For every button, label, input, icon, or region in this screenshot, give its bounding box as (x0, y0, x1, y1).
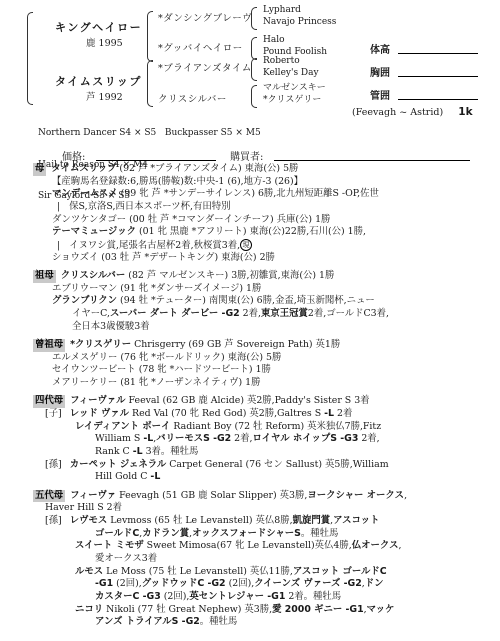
text-segment: (99 牝 芦 *サンデーサイレンス) 6勝,北九州短距離S -OP,佐世 (118, 188, 379, 199)
gg-name: Kelley's Day (263, 67, 319, 79)
text-line: メアリーケリー (81 牝 *ノーザンネイティヴ) 1勝 (52, 377, 500, 390)
relation-tag: [孫] (45, 459, 62, 472)
text-segment: フィーヴァル (70, 395, 125, 406)
text-line: レイディアント ボーイ Radiant Boy (72 牡 Reform) 英米… (75, 421, 500, 434)
text-segment: , (399, 540, 402, 551)
text-segment: 愛オークス3着 (95, 553, 157, 564)
text-segment: Le Moss (75 牡 Le Levanstell) 英仏11勝, (103, 566, 293, 577)
text-segment: 2着。種牡馬 (285, 591, 341, 602)
text-segment: マッケ (367, 604, 395, 615)
text-segment: テーマミュージック (52, 226, 136, 237)
text-segment: アスコット (333, 515, 379, 526)
text-line: アンズ トライアルS -G2。種牡馬 (95, 616, 500, 629)
text-line: Rank C -L 3着。種牡馬 (95, 446, 500, 459)
text-line: [子]レッド ヴァル Red Val (70 牝 Red God) 英2勝,Ga… (45, 408, 500, 421)
text-segment: Rank C (95, 446, 133, 457)
body-sections: 母タイムスリップ (92 芦 *ブライアンズタイム) 東海(公) 5勝【産駒馬名… (0, 163, 500, 629)
text-line: 母タイムスリップ (92 芦 *ブライアンズタイム) 東海(公) 5勝 (33, 163, 500, 176)
text-segment: -L (150, 471, 160, 482)
text-segment: ダンツケンタゴー (00 牡 芦 *コマンダーインチーフ) 兵庫(公) 1勝 (52, 214, 330, 225)
text-segment: (2回), (161, 591, 190, 602)
text-segment: 仏オークス (352, 540, 399, 551)
generation-label: 五代母 (33, 490, 65, 503)
text-line: ルモス Le Moss (75 牡 Le Levanstell) 英仏11勝,ア… (75, 566, 500, 579)
text-segment: Red Val (70 牝 Red God) 英2勝,Galtres S (129, 408, 324, 419)
text-segment: 2着, (358, 433, 379, 444)
height-label: 体高 (370, 41, 390, 56)
text-segment: タイムスリップ (51, 163, 116, 174)
price-field (96, 148, 216, 161)
text-segment: (2回), (226, 578, 255, 589)
text-segment: Feeval (62 GB 鹿 Alcide) 英2勝,Paddy's Sist… (126, 395, 370, 406)
text-line: スイート ミモザ Sweet Mimosa(67 牝 Le Levanstell… (75, 540, 500, 553)
text-line: セイウンツービート (78 牝 *ハードツービート) 1勝 (52, 364, 500, 377)
pedigree-section: 曾祖母*クリスゲリー Chrisgerry (69 GB 芦 Sovereign… (0, 339, 500, 390)
text-segment: 3着。種牡馬 (143, 446, 199, 457)
sire-name: キングヘイロー (55, 19, 142, 35)
continuation-bar: | (57, 201, 60, 214)
text-segment: 【産駒馬名登録数:6,勝馬(勝鞍)数:中央-1 (6),地方-3 (26)】 (52, 176, 303, 187)
text-segment: Feevagh (51 GB 鹿 Solar Slipper) 英3勝, (116, 490, 307, 501)
pedigree-section: 五代母フィーヴァ Feevagh (51 GB 鹿 Solar Slipper)… (0, 490, 500, 630)
text-segment: Chrisgerry (69 GB 芦 Sovereign Path) 英1勝 (131, 339, 340, 350)
text-segment: 2着, (240, 308, 261, 319)
gg-name: Navajo Princess (263, 16, 336, 28)
text-segment: (01 牝 黒鹿 *アフリート) 東海(公)22勝,石川(公) 1勝, (136, 226, 366, 237)
dam-name: タイムスリップ (55, 73, 142, 89)
text-segment: William S (95, 433, 143, 444)
text-line: 【産駒馬名登録数:6,勝馬(勝鞍)数:中央-1 (6),地方-3 (26)】 (52, 176, 500, 189)
text-segment: 2着,ゴールドC3着, (308, 308, 389, 319)
text-line: 五代母フィーヴァ Feevagh (51 GB 鹿 Solar Slipper)… (33, 490, 500, 503)
text-segment: グッドウッドC -G2 (142, 578, 226, 589)
text-segment: クイーンズ ヴァーズ -G2 (254, 578, 362, 589)
text-segment: ニコリ (75, 604, 103, 615)
text-segment: 保S,京洛S,西日本スポーツ杯,有田特別 (69, 201, 230, 212)
text-segment: ルモス (75, 566, 103, 577)
height-field (398, 41, 478, 54)
text-segment: 。種牡馬 (301, 528, 339, 539)
pedigree-section: 四代母フィーヴァル Feeval (62 GB 鹿 Alcide) 英2勝,Pa… (0, 395, 500, 484)
text-line: ニコリ Nikoli (77 牡 Great Nephew) 英3勝,愛 200… (75, 604, 500, 617)
text-segment: マンデームスメ (52, 188, 118, 199)
text-segment: イヌワシ賞,尾張名古屋杯2着,秋桜賞3着, (69, 240, 240, 251)
text-segment: バリーモスS -G2 (156, 433, 231, 444)
text-segment: レヴモス (70, 515, 108, 526)
generation-label: 母 (33, 163, 46, 176)
text-segment: ドン (365, 578, 384, 589)
inbreeding-line: Northern Dancer S4 × S5 Buckpasser S5 × … (38, 128, 261, 139)
text-segment: 全日本3歳優駿3着 (72, 321, 150, 332)
active-mark: 現 (240, 239, 252, 251)
text-line: Haver Hill S 2着 (45, 502, 500, 515)
generation-label: 曾祖母 (33, 339, 65, 352)
gg-brace-2 (251, 37, 257, 60)
text-line: -G1 (2回),グッドウッドC -G2 (2回),クイーンズ ヴァーズ -G2… (95, 578, 500, 591)
text-segment: 2着 (334, 408, 352, 419)
text-line: ダンツケンタゴー (00 牡 芦 *コマンダーインチーフ) 兵庫(公) 1勝 (52, 214, 500, 227)
text-line: 四代母フィーヴァル Feeval (62 GB 鹿 Alcide) 英2勝,Pa… (33, 395, 500, 408)
gg-name: Halo (263, 34, 327, 46)
text-line: イヤーC,スーパー ダート ダービー -G2 2着,東京王冠賞2着,ゴールドC3… (72, 308, 500, 321)
cannon-field (398, 87, 478, 100)
sire-dam: *グッバイヘイロー (158, 40, 243, 54)
text-segment: ショウズイ (03 牡 芦 *デザートキング) 東海(公) 2勝 (52, 252, 275, 263)
text-line: エルメスゲリー (76 牝 *ボールドリック) 東海(公) 5勝 (52, 352, 500, 365)
text-segment: クリスシルバー (61, 270, 126, 281)
buyer-label: 購買者: (230, 148, 263, 163)
text-line: 愛オークス3着 (95, 553, 500, 566)
text-segment: グランブリクン (52, 295, 117, 306)
text-line: テーマミュージック (01 牝 黒鹿 *アフリート) 東海(公)22勝,石川(公… (52, 226, 500, 239)
text-segment: ロイヤル ホイップS -G3 (253, 433, 359, 444)
text-segment: イヤーC, (72, 308, 110, 319)
text-segment: , (404, 490, 407, 501)
text-line: [孫]レヴモス Levmoss (65 牡 Le Levanstell) 英仏8… (45, 515, 500, 528)
text-segment: エルメスゲリー (76 牝 *ボールドリック) 東海(公) 5勝 (52, 352, 281, 363)
text-segment: オックスフォードシャーS (192, 528, 301, 539)
text-segment: Nikoli (77 牡 Great Nephew) 英3勝, (103, 604, 272, 615)
text-segment: Carpet General (76 セン Sallust) 英5勝,Willi… (166, 459, 388, 470)
family-range: (Feevagh ~ Astrid) (352, 107, 443, 118)
text-segment: 英セントレジャー -G1 (189, 591, 285, 602)
text-segment: 東京王冠賞 (261, 308, 308, 319)
text-segment: (94 牡 *テューター) 南関東(公) 6勝,金盃,埼玉新聞杯,ニュー (117, 295, 375, 306)
dam-brace (147, 60, 153, 107)
catalog-page: キングヘイロー 鹿 1995 タイムスリップ 芦 1992 *ダンシングブレーヴ… (0, 0, 500, 641)
text-segment: Levmoss (65 牡 Le Levanstell) 英仏8勝, (107, 515, 292, 526)
buyer-field (274, 148, 470, 161)
gg-name: *クリスゲリー (263, 94, 326, 106)
text-line: 曾祖母*クリスゲリー Chrisgerry (69 GB 芦 Sovereign… (33, 339, 500, 352)
text-segment: -L (143, 433, 153, 444)
text-segment: Sweet Mimosa(67 牝 Le Levanstell)英仏4勝, (144, 540, 352, 551)
text-segment: アンズ トライアルS -G2 (95, 616, 200, 627)
gg-dam-sire-pair: Roberto Kelley's Day (263, 55, 319, 79)
text-segment: Radiant Boy (72 牡 Reform) 英米独仏7勝,Fitz (170, 421, 381, 432)
text-segment: 凱旋門賞 (293, 515, 331, 526)
text-segment: 2着, (231, 433, 252, 444)
text-segment: ヨークシャー オークス (307, 490, 404, 501)
text-line: 祖母クリスシルバー (82 芦 マルゼンスキー) 3勝,初雛賞,東海(公) 1勝 (33, 270, 500, 283)
text-line: William S -L,バリーモスS -G2 2着,ロイヤル ホイップS -G… (95, 433, 500, 446)
text-line: ショウズイ (03 牡 芦 *デザートキング) 東海(公) 2勝 (52, 252, 500, 265)
dam-detail: 芦 1992 (86, 89, 123, 103)
text-segment: スーパー ダート ダービー -G2 (110, 308, 240, 319)
text-segment: エブリウーマン (91 牝 *ダンサーズイメージ) 1勝 (52, 283, 261, 294)
text-segment: カドラン賞 (142, 528, 189, 539)
generation-label: 四代母 (33, 395, 65, 408)
text-segment: カーペット ジェネラル (70, 459, 167, 470)
family-reference: (Feevagh ~ Astrid) 1k (352, 100, 473, 119)
text-line: [孫]カーペット ジェネラル Carpet General (76 セン Sal… (45, 459, 500, 472)
text-segment: カスターC -G3 (95, 591, 161, 602)
text-segment: 。種牡馬 (200, 616, 238, 627)
text-segment: ゴールドC (95, 528, 139, 539)
text-segment: (92 芦 *ブライアンズタイム) 東海(公) 5勝 (116, 163, 298, 174)
text-segment: メアリーケリー (81 牝 *ノーザンネイティヴ) 1勝 (52, 377, 261, 388)
text-segment: フィーヴァ (70, 490, 116, 501)
text-line: カスターC -G3 (2回),英セントレジャー -G1 2着。種牡馬 (95, 591, 500, 604)
text-segment: (82 芦 マルゼンスキー) 3勝,初雛賞,東海(公) 1勝 (125, 270, 334, 281)
text-line: Hill Gold C -L (95, 471, 500, 484)
text-segment: -L (324, 408, 334, 419)
text-segment: スイート ミモザ (75, 540, 144, 551)
gg-brace-4 (251, 85, 257, 108)
generation-label: 祖母 (33, 270, 56, 283)
family-number: 1k (458, 106, 472, 118)
text-segment: (2回), (113, 578, 142, 589)
text-segment: レッド ヴァル (70, 408, 129, 419)
outer-brace (27, 12, 33, 105)
text-line: |イヌワシ賞,尾張名古屋杯2着,秋桜賞3着,現 (57, 239, 500, 252)
text-segment: -G1 (95, 578, 113, 589)
text-segment: アスコット ゴールドC (293, 566, 387, 577)
dam-sire: *ブライアンズタイム (158, 60, 252, 74)
girth-label: 胸囲 (370, 64, 390, 79)
text-line: 全日本3歳優駿3着 (72, 321, 500, 334)
price-label: 価格: (62, 148, 85, 163)
text-line: |保S,京洛S,西日本スポーツ杯,有田特別 (57, 201, 500, 214)
text-segment: *クリスゲリー (70, 339, 131, 350)
text-segment: -L (133, 446, 143, 457)
sire-detail: 鹿 1995 (86, 35, 123, 49)
relation-tag: [孫] (45, 515, 62, 528)
text-segment: Hill Gold C (95, 471, 150, 482)
text-segment: レイディアント ボーイ (75, 421, 170, 432)
text-line: ゴールドC,カドラン賞,オックスフォードシャーS。種牡馬 (95, 528, 500, 541)
text-segment: セイウンツービート (78 牝 *ハードツービート) 1勝 (52, 364, 271, 375)
girth-field (398, 64, 478, 77)
text-segment: Haver Hill S 2着 (45, 502, 122, 513)
pedigree-section: 母タイムスリップ (92 芦 *ブライアンズタイム) 東海(公) 5勝【産駒馬名… (0, 163, 500, 265)
dam-dam: クリスシルバー (158, 91, 227, 105)
gg-name: マルゼンスキー (263, 82, 326, 94)
text-line: エブリウーマン (91 牝 *ダンサーズイメージ) 1勝 (52, 283, 500, 296)
gg-dam-dam-pair: マルゼンスキー *クリスゲリー (263, 82, 326, 106)
sire-sire: *ダンシングブレーヴ (158, 10, 252, 24)
gg-sire-sire-pair: Lyphard Navajo Princess (263, 4, 336, 28)
gg-brace-3 (251, 58, 257, 81)
gg-name: Roberto (263, 55, 319, 67)
text-line: グランブリクン (94 牡 *テューター) 南関東(公) 6勝,金盃,埼玉新聞杯… (52, 295, 500, 308)
pedigree-section: 祖母クリスシルバー (82 芦 マルゼンスキー) 3勝,初雛賞,東海(公) 1勝… (0, 270, 500, 333)
text-segment: 愛 2000 ギニー -G1 (272, 604, 364, 615)
relation-tag: [子] (45, 408, 62, 421)
gg-name: Lyphard (263, 4, 336, 16)
text-line: マンデームスメ (99 牝 芦 *サンデーサイレンス) 6勝,北九州短距離S -… (52, 188, 500, 201)
sire-brace (147, 11, 153, 62)
